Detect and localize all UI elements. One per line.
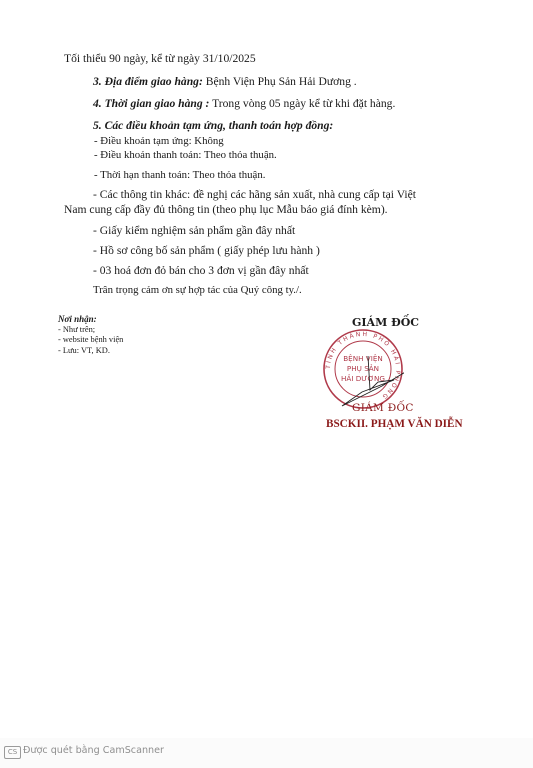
delivery-location: 3. Địa điểm giao hàng: Bệnh Viện Phụ Sản… (93, 75, 357, 89)
other-info-line-1: - Các thông tin khác: đề nghị các hãng s… (93, 188, 416, 202)
requirement-item: - Hồ sơ công bố sản phẩm ( giấy phép lưu… (93, 244, 320, 258)
delivery-location-value: Bệnh Viện Phụ Sản Hải Dương . (203, 75, 357, 88)
scanned-page: Tối thiểu 90 ngày, kể từ ngày 31/10/2025… (0, 0, 533, 768)
payment-terms: - Điều khoản thanh toán: Theo thỏa thuận… (94, 148, 277, 162)
requirement-item: - Giấy kiểm nghiệm sản phẩm gần đây nhất (93, 224, 295, 238)
recipients-block: Nơi nhận: - Như trên; - website bệnh việ… (58, 314, 123, 356)
payment-deadline: - Thời hạn thanh toán: Theo thỏa thuận. (94, 168, 265, 182)
recipients-title: Nơi nhận: (58, 314, 123, 325)
delivery-location-label: 3. Địa điểm giao hàng: (93, 75, 203, 88)
recipient-item: - Như trên; (58, 325, 123, 336)
other-info-line-2: Nam cung cấp đầy đủ thông tin (theo phụ … (64, 203, 388, 217)
delivery-time: 4. Thời gian giao hàng : Trong vòng 05 n… (93, 97, 395, 111)
closing-line: Trân trọng cảm ơn sự hợp tác của Quý côn… (93, 283, 302, 297)
director-title: GIÁM ĐỐC (352, 402, 414, 414)
delivery-time-label: 4. Thời gian giao hàng : (93, 97, 209, 110)
svg-text:BỆNH VIỆN: BỆNH VIỆN (343, 354, 383, 363)
svg-text:PHỤ SẢN: PHỤ SẢN (347, 364, 379, 373)
official-stamp-icon: TỈNH THÀNH PHỐ HẢI PHÒNG BỆNH VIỆN PHỤ S… (322, 328, 404, 410)
camscanner-logo-icon: CS (4, 746, 21, 759)
director-name: BSCKII. PHẠM VĂN DIỄN (326, 418, 463, 430)
recipient-item: - Lưu: VT, KD. (58, 346, 123, 357)
validity-line: Tối thiểu 90 ngày, kể từ ngày 31/10/2025 (64, 52, 256, 66)
delivery-time-value: Trong vòng 05 ngày kể từ khi đặt hàng. (209, 97, 395, 110)
advance-terms: - Điều khoản tạm ứng: Không (94, 134, 224, 148)
camscanner-watermark: Được quét bằng CamScanner (23, 745, 164, 756)
payment-terms-heading: 5. Các điều khoản tạm ứng, thanh toán hợ… (93, 119, 333, 133)
recipient-item: - website bệnh viện (58, 335, 123, 346)
requirement-item: - 03 hoá đơn đỏ bán cho 3 đơn vị gần đây… (93, 264, 309, 278)
